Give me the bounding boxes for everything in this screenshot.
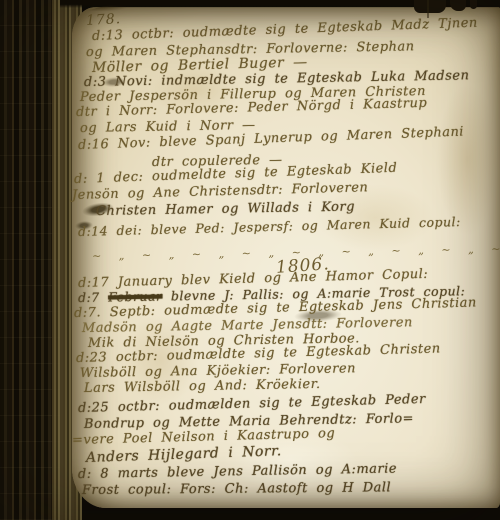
paper-crease: [427, 0, 429, 18]
previous-page-remnant: [414, 0, 446, 13]
book-binding: [0, 0, 60, 520]
previous-page-remnant: [450, 0, 466, 11]
struck-word: Februar: [108, 289, 163, 305]
register-line: Frost copul: Fors: Ch: Aastoft og H Dall: [82, 481, 391, 497]
register-line: Lars Wilsböll og And: Kröekier.: [84, 378, 321, 395]
previous-page-remnant: [470, 0, 477, 9]
line-prefix: d:7: [78, 289, 108, 305]
manuscript-scan: 178. d:13 octbr: oudmædte sig te Egteska…: [0, 0, 500, 520]
page-number: 178.: [86, 11, 122, 29]
